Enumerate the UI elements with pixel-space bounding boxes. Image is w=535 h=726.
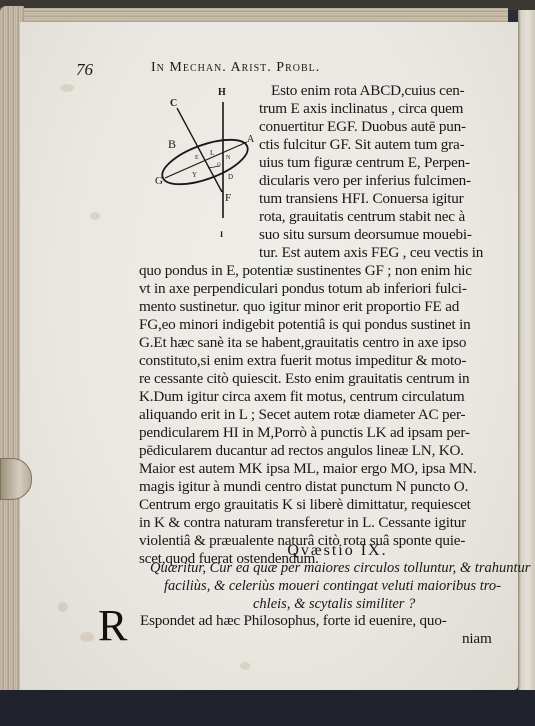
svg-text:C: C: [170, 98, 177, 109]
text-line: mento sustinetur. quo igitur minor erit …: [139, 298, 459, 316]
text-line: re cessante citò quiescit. Esto enim gra…: [139, 370, 469, 388]
text-line: Maior est autem MK ipsa ML, maior ergo M…: [139, 460, 477, 478]
answer-line: Espondet ad hæc Philosophus, forte id eu…: [140, 612, 447, 630]
text-line: aliquando erit in L ; Secet autem rotæ d…: [139, 406, 465, 424]
svg-text:N: N: [226, 155, 231, 161]
svg-text:D: D: [228, 173, 233, 181]
text-line: conuertitur EGF. Duobus autē pun-: [259, 118, 466, 136]
foxing-stain: [58, 602, 68, 612]
svg-text:H: H: [218, 87, 226, 98]
text-line: pendicularem HI in M,Porrò à punctis LK …: [139, 424, 470, 442]
text-line: ctis fulcitur GF. Sit autem tum gra-: [259, 136, 464, 154]
text-line: magis igitur à mundi centro distat punct…: [139, 478, 468, 496]
svg-text:L: L: [210, 149, 214, 157]
geometric-diagram: H C B A L N E O Y G D F I: [110, 80, 260, 240]
text-line: Esto enim rota ABCD,cuius cen-: [271, 82, 465, 100]
svg-text:A: A: [247, 134, 255, 145]
text-line: Centrum ergo grauitatis K si liberè dimi…: [139, 496, 471, 514]
text-line: G.Et hæc sanè ita se habent,grauitatis c…: [139, 334, 466, 352]
question-heading: Qvæstio IX.: [0, 542, 535, 560]
foxing-stain: [60, 84, 74, 92]
svg-text:G: G: [155, 175, 163, 187]
svg-text:E: E: [195, 155, 199, 161]
text-line: constituto,si enim extra fuerit motus im…: [139, 352, 466, 370]
text-line: in K & contra naturam transferetur in L.…: [139, 514, 466, 532]
text-line: uius tum figuræ centrum E, Perpen-: [259, 154, 470, 172]
text-line: tum transiens HFI. Conuersa igitur: [259, 190, 464, 208]
text-line: dicularis vero per inferius fulcimen-: [259, 172, 471, 190]
text-line: suo situ sursum deorsumue mouebi-: [259, 226, 472, 244]
text-line: trum E axis inclinatus , circa quem: [259, 100, 463, 118]
question-line: Quæritur, Cur ea quæ per maiores circulo…: [150, 560, 530, 577]
text-line: pēdicularem ducantur ad rectos angulos l…: [139, 442, 464, 460]
foxing-stain: [90, 212, 100, 220]
svg-text:B: B: [168, 137, 176, 151]
page-number: 76: [76, 60, 93, 80]
running-head: 76 In Mechan. Arist. Probl.: [0, 60, 535, 80]
foxing-stain: [240, 662, 250, 670]
header-title: In Mechan. Arist. Probl.: [151, 60, 320, 76]
text-line: K.Dum igitur circa axem fit motus, centr…: [139, 388, 465, 406]
background-surface: [0, 690, 535, 726]
svg-text:Y: Y: [192, 171, 197, 179]
svg-text:O: O: [217, 163, 221, 168]
foxing-stain: [80, 632, 94, 642]
svg-text:F: F: [225, 192, 231, 204]
svg-text:I: I: [220, 230, 223, 239]
text-line: rota, grauitatis centrum stabit nec à: [259, 208, 465, 226]
drop-cap: R: [98, 604, 127, 648]
question-line: faciliùs, & celeriùs moueri contingat ve…: [164, 578, 501, 595]
text-line: quo pondus in E, potentiæ sustinentes GF…: [139, 262, 472, 280]
answer-line: niam: [462, 630, 492, 648]
facing-page-edge: [518, 10, 535, 694]
text-line: vt in axe perpendiculari pondus totum ab…: [139, 280, 467, 298]
wheel-axis-figure: H C B A L N E O Y G D F I: [110, 80, 260, 240]
text-line: tur. Est autem axis FEG , ceu vectis in: [259, 244, 483, 262]
question-heading-text: Qvæstio IX.: [287, 542, 387, 560]
text-line: FG,eo minori indigebit potentiâ is qui p…: [139, 316, 471, 334]
question-line: chleis, & scytalis similiter ?: [253, 596, 415, 613]
